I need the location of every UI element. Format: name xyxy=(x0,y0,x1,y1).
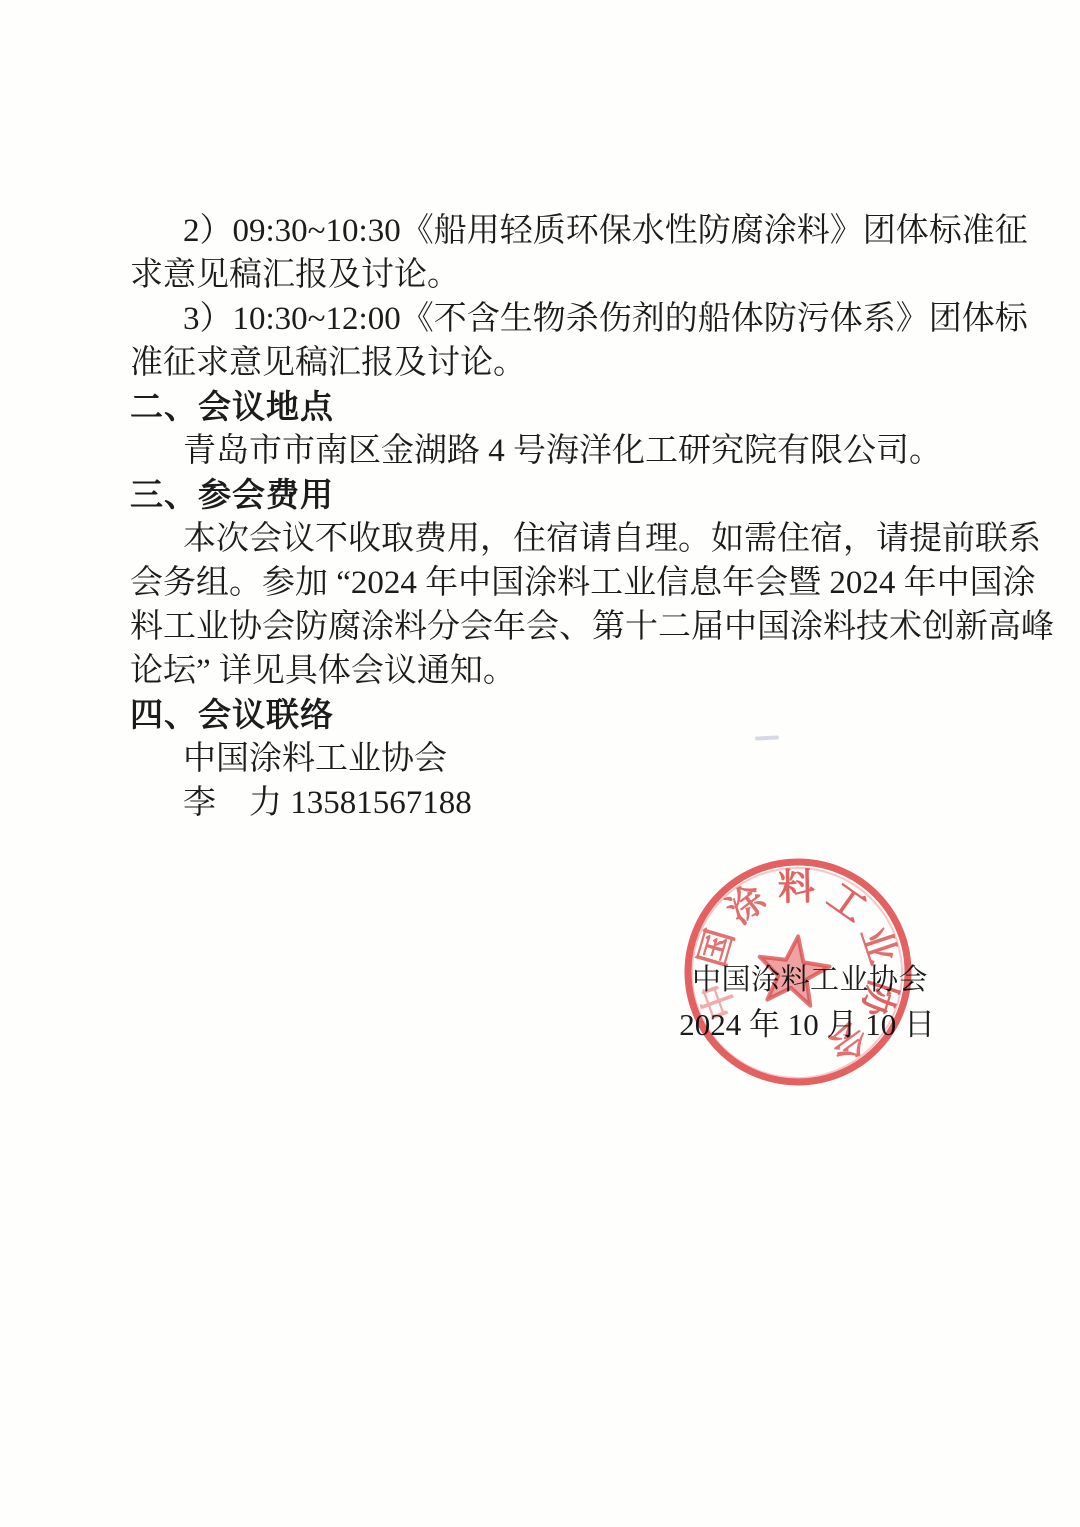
seal-star-icon xyxy=(754,931,833,1007)
doc-line: 本次会议不收取费用，住宿请自理。如需住宿，请提前联系 xyxy=(130,517,930,561)
doc-line: 2）09:30~10:30《船用轻质环保水性防腐涂料》团体标准征 xyxy=(130,209,930,253)
doc-heading: 三、参会费用 xyxy=(130,473,930,517)
document-body: 2）09:30~10:30《船用轻质环保水性防腐涂料》团体标准征求意见稿汇报及讨… xyxy=(130,209,930,825)
doc-line: 3）10:30~12:00《不含生物杀伤剂的船体防污体系》团体标 xyxy=(130,297,930,341)
doc-line: 求意见稿汇报及讨论。 xyxy=(130,253,930,297)
doc-heading: 四、会议联络 xyxy=(130,693,930,737)
official-seal: 中国涂料工业协会 xyxy=(670,844,926,1100)
document-page: 2）09:30~10:30《船用轻质环保水性防腐涂料》团体标准征求意见稿汇报及讨… xyxy=(0,0,1080,1527)
doc-line: 青岛市市南区金湖路 4 号海洋化工研究院有限公司。 xyxy=(130,429,930,473)
doc-line: 会务组。参加 “2024 年中国涂料工业信息年会暨 2024 年中国涂 xyxy=(130,561,930,605)
doc-heading: 二、会议地点 xyxy=(130,385,930,429)
doc-line: 李 力 13581567188 xyxy=(130,781,930,825)
doc-line: 准征求意见稿汇报及讨论。 xyxy=(130,341,930,385)
doc-line: 料工业协会防腐涂料分会年会、第十二届中国涂料技术创新高峰 xyxy=(130,605,930,649)
doc-line: 论坛” 详见具体会议通知。 xyxy=(130,649,930,693)
doc-line: 中国涂料工业协会 xyxy=(130,737,930,781)
seal-char: 料 xyxy=(777,866,815,909)
